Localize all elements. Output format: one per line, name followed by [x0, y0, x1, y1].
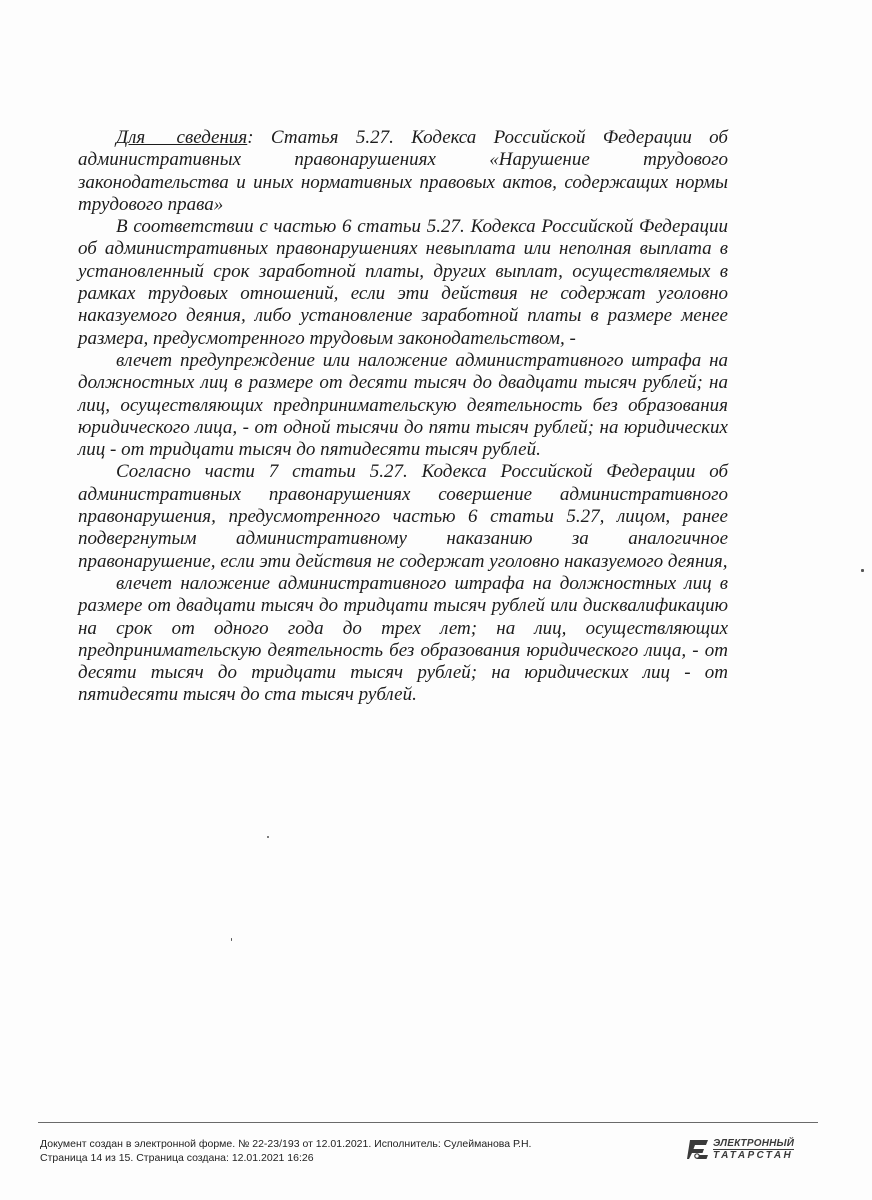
scan-speck — [861, 569, 864, 572]
paragraph-part-6: В соответствии с частью 6 статьи 5.27. К… — [78, 216, 728, 350]
scan-speck — [267, 836, 269, 838]
paragraph-part-7-penalty: влечет наложение административного штраф… — [78, 573, 728, 707]
electronic-tatarstan-logo-icon — [686, 1137, 710, 1161]
logo-line-2: ТАТАРСТАН — [713, 1150, 794, 1161]
logo-line-1: ЭЛЕКТРОННЫЙ — [713, 1138, 794, 1150]
footer-divider — [38, 1122, 818, 1123]
footer-info: Документ создан в электронной форме. № 2… — [40, 1137, 531, 1165]
logo-wordmark: ЭЛЕКТРОННЫЙ ТАТАРСТАН — [713, 1138, 794, 1161]
paragraph-part-6-penalty: влечет предупреждение или наложение адми… — [78, 350, 728, 461]
footer-page-line: Страница 14 из 15. Страница создана: 12.… — [40, 1151, 531, 1165]
reference-label: Для сведения — [116, 127, 247, 148]
footer-document-line: Документ создан в электронной форме. № 2… — [40, 1137, 531, 1151]
electronic-tatarstan-logo: ЭЛЕКТРОННЫЙ ТАТАРСТАН — [686, 1134, 796, 1164]
paragraph-reference: Для сведения: Статья 5.27. Кодекса Росси… — [78, 127, 728, 216]
paragraph-part-7: Согласно части 7 статьи 5.27. Кодекса Ро… — [78, 461, 728, 572]
scan-speck — [231, 938, 232, 941]
document-page: Для сведения: Статья 5.27. Кодекса Росси… — [0, 0, 872, 1200]
document-body: Для сведения: Статья 5.27. Кодекса Росси… — [78, 127, 728, 707]
